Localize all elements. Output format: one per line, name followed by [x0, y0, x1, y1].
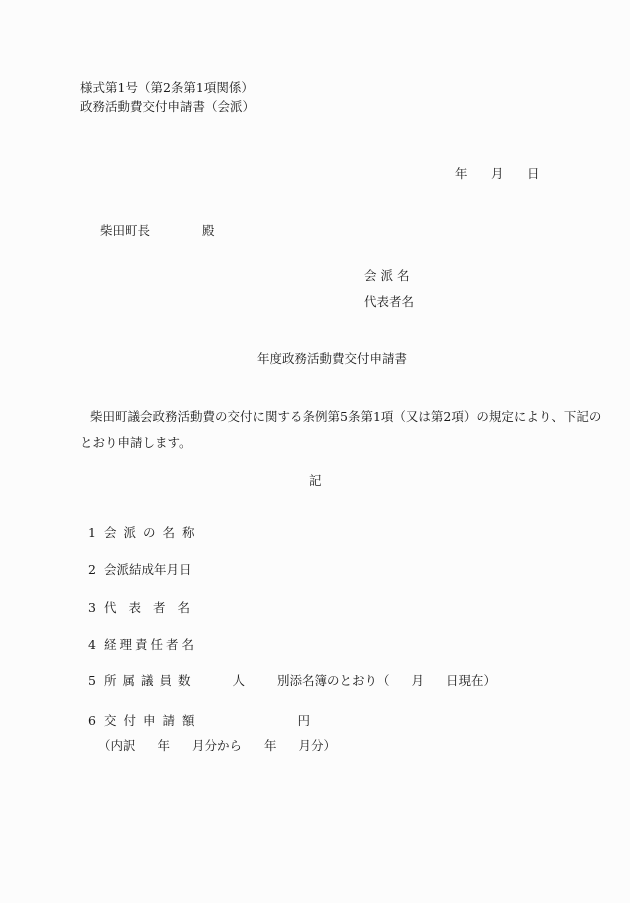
item-faction-name: 1会派の名称 — [80, 514, 201, 539]
item-requested-amount: 6交付申請額円 — [80, 702, 310, 727]
breakdown-year-from: 年 — [157, 738, 170, 753]
item-label: 会派結成年月日 — [104, 562, 192, 577]
addressee: 柴田町長殿 — [92, 212, 214, 237]
roster-day-suffix: 日現在） — [446, 673, 496, 688]
unit-yen: 円 — [297, 713, 310, 728]
addressee-honorific: 殿 — [202, 223, 215, 238]
amount-breakdown: （内訳年月分から年月分） — [90, 727, 336, 752]
body-text-line-1: 柴田町議会政務活動費の交付に関する条例第5条第1項（又は第2項）の規定により、下… — [90, 411, 601, 424]
item-number: 6 — [88, 715, 104, 728]
item-label: 交付申請額 — [104, 713, 202, 728]
roster-month: 月 — [412, 673, 425, 688]
item-label: 経理責任者名 — [104, 637, 197, 652]
item-label: 所属議員数 — [104, 673, 197, 688]
faction-name-label: 会派名 — [364, 270, 414, 283]
breakdown-month-from: 月分から — [192, 738, 242, 753]
item-number: 2 — [88, 564, 104, 577]
item-formation-date: 2会派結成年月日 — [80, 551, 191, 576]
document-heading: 年度政務活動費交付申請書 — [257, 353, 407, 366]
ki-marker: 記 — [309, 475, 322, 488]
item-label: 代表者名 — [104, 600, 202, 615]
item-number: 5 — [88, 675, 104, 688]
item-number: 4 — [88, 639, 104, 652]
form-title: 政務活動費交付申請書（会派） — [80, 101, 255, 114]
date-line: 年月日 — [447, 155, 539, 180]
form-number: 様式第1号（第2条第1項関係） — [80, 82, 254, 95]
item-label: 会派の名称 — [104, 525, 202, 540]
item-number: 3 — [88, 602, 104, 615]
item-number: 1 — [88, 527, 104, 540]
breakdown-open: （内訳 — [98, 738, 136, 753]
unit-person: 人 — [232, 673, 245, 688]
body-text-line-2: とおり申請します。 — [80, 437, 192, 450]
item-member-count: 5所属議員数人別添名簿のとおり（月日現在） — [80, 662, 496, 687]
item-representative: 3代表者名 — [80, 589, 202, 614]
date-month-label: 月 — [491, 168, 527, 181]
representative-name-label: 代表者名 — [364, 296, 414, 309]
date-day-label: 日 — [527, 168, 540, 181]
addressee-name: 柴田町長 — [100, 223, 150, 238]
date-year-label: 年 — [455, 168, 491, 181]
roster-text: 別添名簿のとおり（ — [277, 673, 390, 688]
item-accounting-manager: 4経理責任者名 — [80, 626, 197, 651]
breakdown-month-to: 月分） — [299, 738, 337, 753]
breakdown-year-to: 年 — [264, 738, 277, 753]
